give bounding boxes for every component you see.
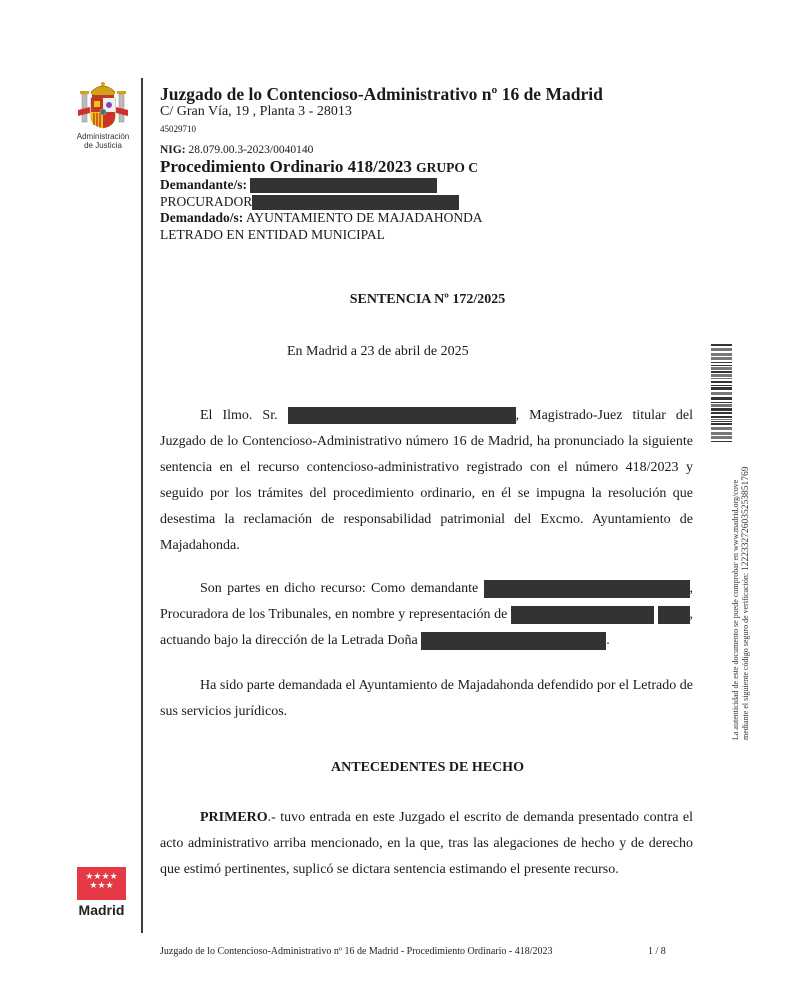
footer-text: Juzgado de lo Contencioso-Administrativo… — [160, 946, 552, 957]
procedure-group: GRUPO C — [416, 160, 478, 175]
redacted-represented-name-cont — [658, 606, 690, 624]
paragraph-primero: PRIMERO.- tuvo entrada en este Juzgado e… — [160, 805, 693, 883]
redacted-plaintiff-name — [484, 580, 690, 598]
procurator-line: PROCURADOR — [160, 194, 483, 211]
p2-middle: Procuradora de los Tribunales, en nombre… — [160, 607, 511, 622]
redacted-judge-name — [288, 407, 516, 424]
verification-line-1: La autenticidad de este documento se pue… — [731, 466, 741, 740]
verification-text: La autenticidad de este documento se pue… — [731, 466, 751, 740]
p1-start: El Ilmo. Sr. — [200, 408, 288, 423]
court-name: Juzgado de lo Contencioso-Administrativo… — [160, 84, 603, 105]
paragraph-parties: Son partes en dicho recurso: Como demand… — [160, 576, 693, 654]
plaintiff-line: Demandante/s: — [160, 177, 483, 194]
p1-rest: , Magistrado-Juez titular del — [516, 408, 693, 423]
page-number: 1 / 8 — [648, 946, 666, 957]
p1-body: Juzgado de lo Contencioso-Administrativo… — [160, 434, 693, 553]
p4-label: PRIMERO — [200, 810, 268, 825]
caption-line-2: de Justicia — [66, 141, 140, 150]
madrid-flag-logo: ★★★★★★★ — [77, 867, 126, 900]
p2-comma: , — [690, 581, 694, 596]
verification-line-2: mediante el siguiente código seguro de v… — [741, 466, 751, 740]
administracion-justicia-caption: Administración de Justicia — [66, 132, 140, 150]
procedure-title: Procedimiento Ordinario 418/2023 — [160, 157, 416, 176]
nig-line: NIG: 28.079.00.3-2023/0040140 — [160, 143, 483, 157]
verification-label: mediante el siguiente código seguro de v… — [741, 571, 750, 740]
case-info: NIG: 28.079.00.3-2023/0040140 Procedimie… — [160, 143, 483, 243]
counsel-line: LETRADO EN ENTIDAD MUNICIPAL — [160, 227, 483, 244]
procedure-line: Procedimiento Ordinario 418/2023 GRUPO C — [160, 157, 483, 177]
margin-rule — [141, 78, 143, 933]
caption-line-1: Administración — [66, 132, 140, 141]
date-line: En Madrid a 23 de abril de 2025 — [287, 344, 469, 360]
barcode — [711, 344, 732, 444]
court-address: C/ Gran Vía, 19 , Planta 3 - 28013 — [160, 104, 352, 120]
redacted-plaintiff — [250, 178, 437, 193]
paragraph-judge: El Ilmo. Sr. , Magistrado-Juez titular d… — [160, 403, 693, 559]
redacted-represented-name — [511, 606, 654, 624]
stars-icon: ★★★★★★★ — [77, 873, 126, 891]
sentence-title: SENTENCIA Nº 172/2025 — [160, 292, 695, 308]
defendant-value: AYUNTAMIENTO DE MAJADAHONDA — [243, 210, 482, 225]
p2-start: Son partes en dicho recurso: Como demand… — [200, 581, 484, 596]
defendant-line: Demandado/s: AYUNTAMIENTO DE MAJADAHONDA — [160, 210, 483, 227]
plaintiff-label: Demandante/s: — [160, 177, 247, 192]
court-code: 45029710 — [160, 124, 196, 134]
madrid-logo-label: Madrid — [70, 902, 133, 918]
redacted-procurator — [252, 195, 459, 210]
nig-value: 28.079.00.3-2023/0040140 — [186, 144, 314, 156]
verification-code: 1222332726035253851769 — [741, 466, 751, 571]
section-title: ANTECEDENTES DE HECHO — [160, 760, 695, 776]
p2-end: . — [606, 633, 610, 648]
redacted-lawyer-name — [421, 632, 606, 650]
nig-label: NIG: — [160, 144, 186, 156]
p3-text: Ha sido parte demandada el Ayuntamiento … — [160, 678, 693, 719]
defendant-label: Demandado/s: — [160, 210, 243, 225]
procurator-label: PROCURADOR — [160, 194, 252, 209]
paragraph-defendant: Ha sido parte demandada el Ayuntamiento … — [160, 673, 693, 725]
